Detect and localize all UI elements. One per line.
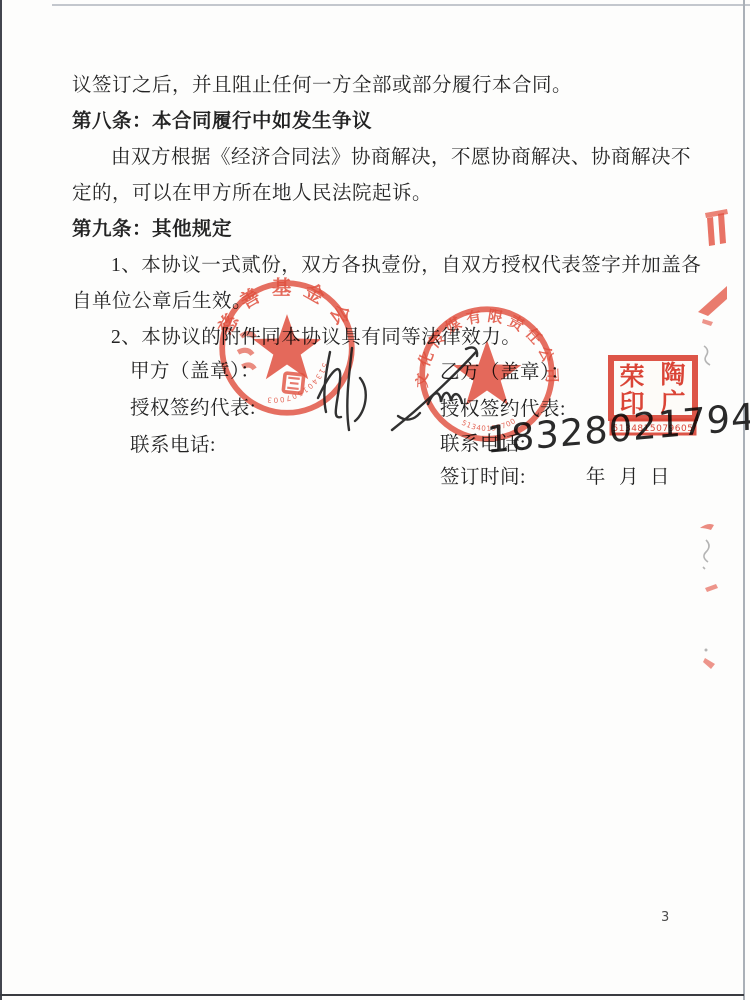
clause-8-title: 第八条：本合同履行中如发生争议 [72, 110, 372, 134]
svg-text:513401507003: 513401507003 [265, 362, 329, 405]
square-seal-char-2: 陶 [660, 361, 685, 389]
clause-9-title: 第九条：其他规定 [72, 218, 232, 242]
document-page: 议签订之后，并且阻止任何一方全部或部分履行本合同。 第八条：本合同履行中如发生争… [0, 0, 750, 1000]
year-label: 年 [586, 467, 606, 488]
month-label: 月 [619, 467, 639, 488]
party-a-seal-serial: 513401507003 [265, 362, 329, 405]
party-b-seal-label: 乙方（盖章）： [440, 356, 570, 384]
clause-8-paragraph-2: 定的，可以在甲方所在地人民法院起诉。 [72, 182, 432, 206]
sign-date-row: 签订时间:年月日 [440, 461, 670, 489]
scan-edge-top [52, 4, 750, 6]
page-number: 3 [661, 910, 669, 925]
clause-9-item-2: 2、本协议的附件同本协议具有同等法律效力。 [72, 326, 521, 350]
paragraph-continuation: 议签订之后，并且阻止任何一方全部或部分履行本合同。 [72, 74, 572, 98]
scan-edge-right [743, 0, 745, 1000]
scan-edge-bottom [0, 994, 744, 996]
day-label: 日 [650, 467, 670, 488]
seal-inner-box-marks [287, 378, 300, 389]
party-a-phone-label: 联系电话: [130, 429, 216, 457]
sign-date-label: 签订时间: [440, 467, 526, 488]
party-a-signature [318, 348, 366, 430]
clause-8-paragraph-1: 由双方根据《经济合同法》协商解决，不愿协商解决、协商解决不 [72, 146, 691, 170]
clause-9-item-1-line-1: 1、本协议一式贰份，双方各执壹份，自双方授权代表签字并加盖各 [72, 254, 701, 278]
scan-edge-left [0, 0, 2, 1000]
seal-inner-box [283, 373, 304, 394]
clause-9-item-1-line-2: 自单位公章后生效。 [72, 290, 252, 314]
party-a-seal-label: 甲方（盖章）： [130, 355, 260, 383]
party-a-rep-label: 授权签约代表: [130, 392, 256, 420]
margin-grey-marks [703, 346, 710, 652]
square-seal-char-1: 荣 [619, 363, 644, 391]
